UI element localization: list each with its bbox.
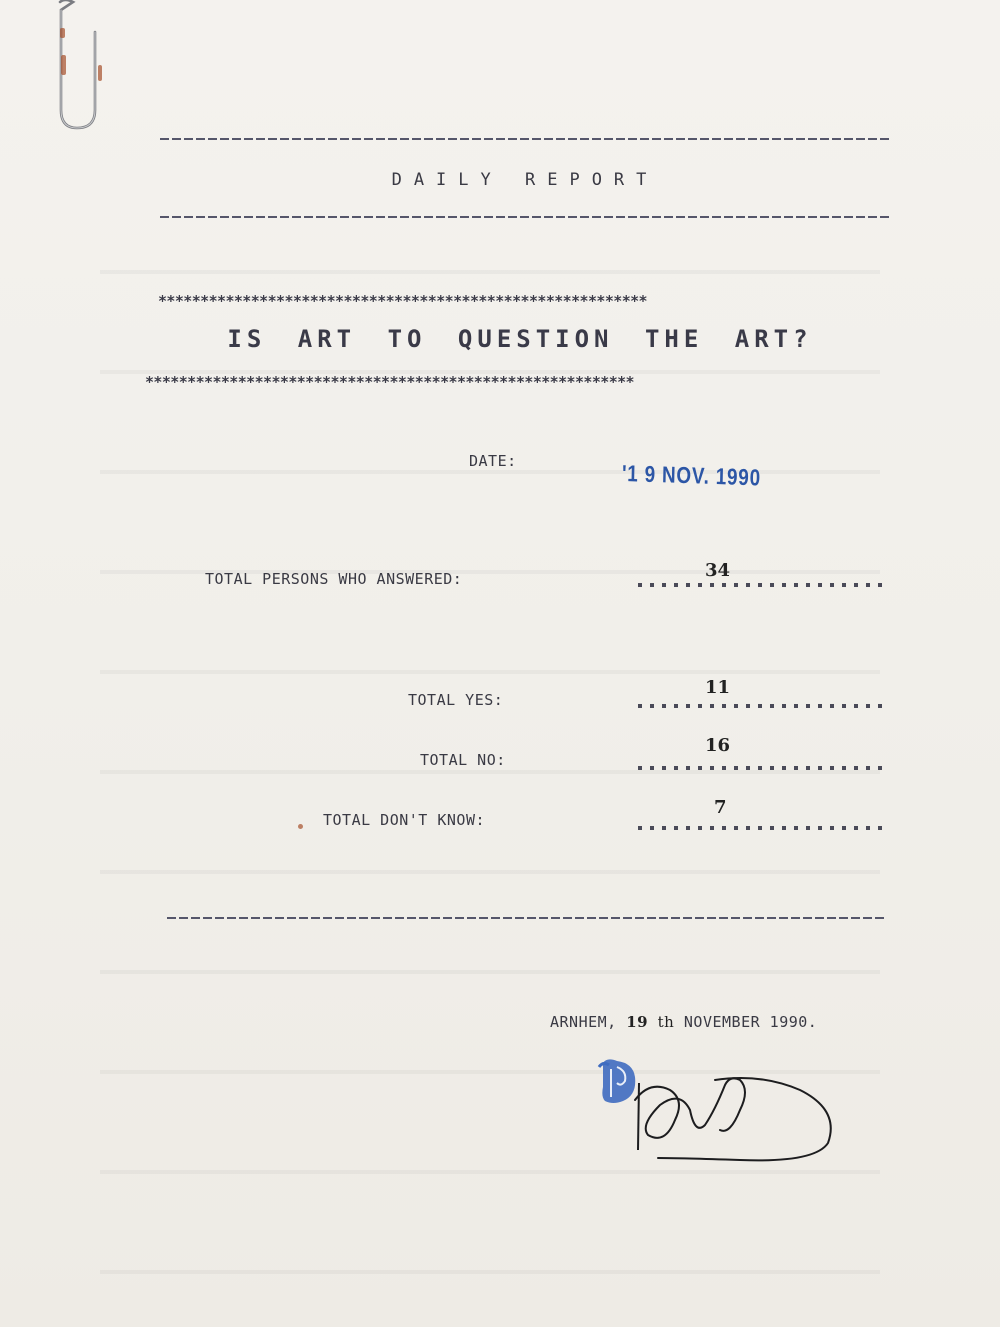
- total-dont-know-dots: [638, 826, 888, 830]
- place-and-date: ARNHEM, 19 th NOVEMBER 1990.: [550, 1013, 817, 1031]
- footer-day: 19: [626, 1013, 648, 1031]
- total-no-value: 16: [705, 735, 730, 756]
- star-rule-bottom: ****************************************…: [145, 373, 890, 391]
- total-persons-label: TOTAL PERSONS WHO ANSWERED:: [205, 570, 462, 588]
- rust-stain: [98, 65, 102, 81]
- title-dashed-rule: [160, 216, 890, 218]
- place-name: ARNHEM,: [550, 1013, 617, 1031]
- rust-stain: [61, 55, 66, 75]
- date-stamp: '1 9 NOV. 1990: [622, 460, 762, 491]
- total-yes-label: TOTAL YES:: [408, 691, 503, 709]
- total-no-label: TOTAL NO:: [420, 751, 506, 769]
- total-yes-value: 11: [705, 677, 730, 698]
- total-yes-dots: [638, 704, 888, 708]
- footer-day-suffix: th: [658, 1013, 675, 1031]
- total-persons-dots: [638, 583, 888, 587]
- date-label: DATE:: [469, 452, 517, 470]
- top-dashed-rule: [160, 138, 890, 140]
- footer-month-year: NOVEMBER 1990.: [684, 1013, 817, 1031]
- star-rule-top: ****************************************…: [158, 292, 890, 310]
- total-persons-value: 34: [705, 560, 730, 581]
- rust-stain: [60, 28, 65, 38]
- rust-stain: [298, 824, 303, 829]
- survey-question: IS ART TO QUESTION THE ART?: [150, 325, 890, 353]
- bottom-dashed-rule: [167, 917, 885, 919]
- total-dont-know-label: TOTAL DON'T KNOW:: [323, 811, 485, 829]
- signature: [590, 1055, 850, 1170]
- total-no-dots: [638, 766, 888, 770]
- total-dont-know-value: 7: [714, 797, 727, 818]
- report-title: DAILY REPORT: [0, 170, 1000, 190]
